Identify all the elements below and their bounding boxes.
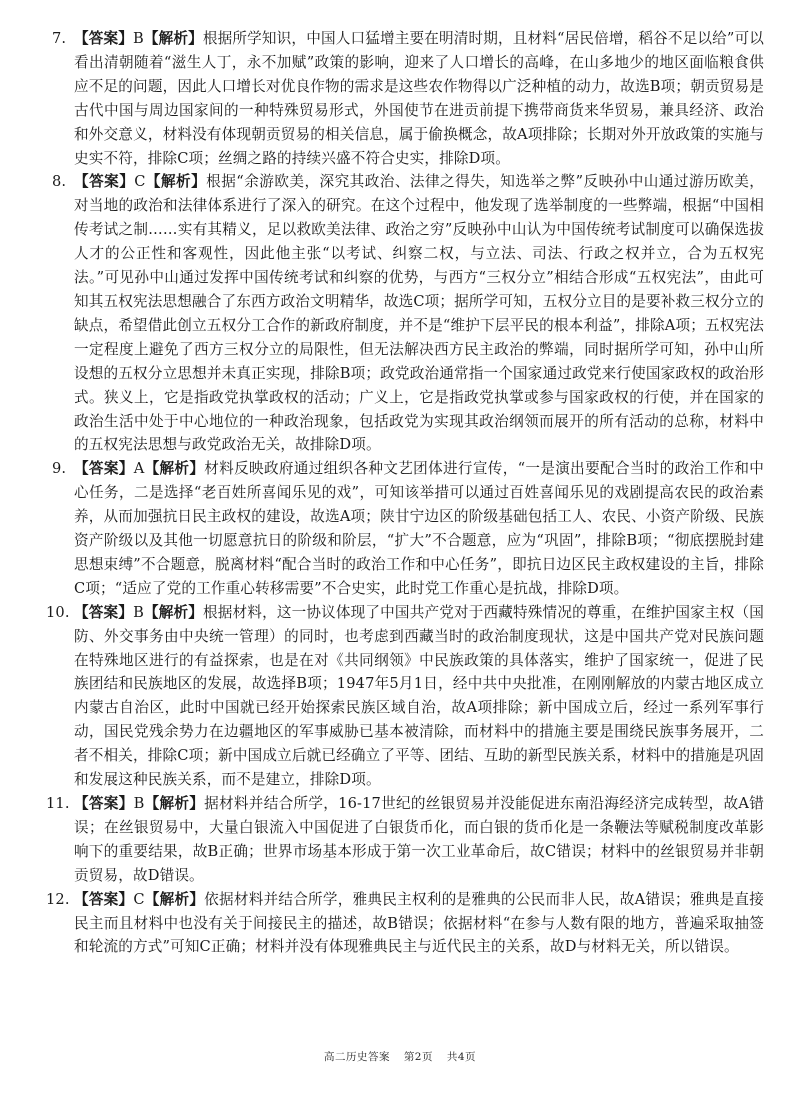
answer-item-12: 12. 【答案】C【解析】依据材料并结合所学，雅典民主权利的是雅典的公民而非人民… xyxy=(52,888,764,960)
footer-total-pages: 共4页 xyxy=(447,1051,476,1063)
answer-item-10: 10. 【答案】B【解析】根据材料，这一协议体现了中国共产党对于西藏特殊情况的尊… xyxy=(52,601,764,792)
answer-value: A xyxy=(134,460,145,477)
answer-tag: 【答案】 xyxy=(74,460,134,477)
answer-value: C xyxy=(133,891,144,908)
page-footer: 高二历史答案 第2页 共4页 xyxy=(0,1049,800,1064)
analysis-text: 根据材料，这一协议体现了中国共产党对于西藏特殊情况的尊重，在维护国家主权（国防、… xyxy=(74,604,764,788)
analysis-tag: 【解析】 xyxy=(145,891,204,908)
analysis-text: 根据“余游欧美，深究其政治、法律之得失，知选举之弊”反映孙中山通过游历欧美，对当… xyxy=(74,173,764,453)
answer-tag: 【答案】 xyxy=(74,173,134,190)
item-number: 9. xyxy=(52,457,66,481)
footer-page-number: 第2页 xyxy=(404,1051,433,1063)
answer-tag: 【答案】 xyxy=(74,795,134,812)
answer-item-8: 8. 【答案】C【解析】根据“余游欧美，深究其政治、法律之得失，知选举之弊”反映… xyxy=(52,170,764,457)
answer-item-9: 9. 【答案】A【解析】材料反映政府通过组织各种文艺团体进行宣传，“一是演出要配… xyxy=(52,457,764,600)
answer-tag: 【答案】 xyxy=(74,604,133,621)
item-number: 7. xyxy=(52,27,66,51)
footer-title: 高二历史答案 xyxy=(324,1051,390,1063)
item-number: 12. xyxy=(46,888,70,912)
answer-value: B xyxy=(134,795,145,812)
analysis-tag: 【解析】 xyxy=(144,604,203,621)
item-number: 11. xyxy=(46,792,70,816)
answer-value: C xyxy=(134,173,145,190)
answer-tag: 【答案】 xyxy=(74,30,133,47)
analysis-text: 材料反映政府通过组织各种文艺团体进行宣传，“一是演出要配合当时的政治工作和中心任… xyxy=(74,460,764,597)
analysis-tag: 【解析】 xyxy=(144,795,204,812)
analysis-tag: 【解析】 xyxy=(146,173,207,190)
answer-document: 7. 【答案】B【解析】根据所学知识，中国人口猛增主要在明清时期，且材料“居民倍… xyxy=(52,27,764,959)
analysis-tag: 【解析】 xyxy=(144,460,204,477)
analysis-tag: 【解析】 xyxy=(144,30,203,47)
analysis-text: 根据所学知识，中国人口猛增主要在明清时期，且材料“居民倍增，稻谷不足以给”可以看… xyxy=(74,30,764,167)
answer-item-11: 11. 【答案】B【解析】据材料并结合所学，16-17世纪的丝银贸易并没能促进东… xyxy=(52,792,764,888)
item-number: 10. xyxy=(46,601,70,625)
answer-item-7: 7. 【答案】B【解析】根据所学知识，中国人口猛增主要在明清时期，且材料“居民倍… xyxy=(52,27,764,170)
answer-value: B xyxy=(133,30,144,47)
answer-tag: 【答案】 xyxy=(74,891,133,908)
answer-value: B xyxy=(133,604,144,621)
item-number: 8. xyxy=(52,170,66,194)
